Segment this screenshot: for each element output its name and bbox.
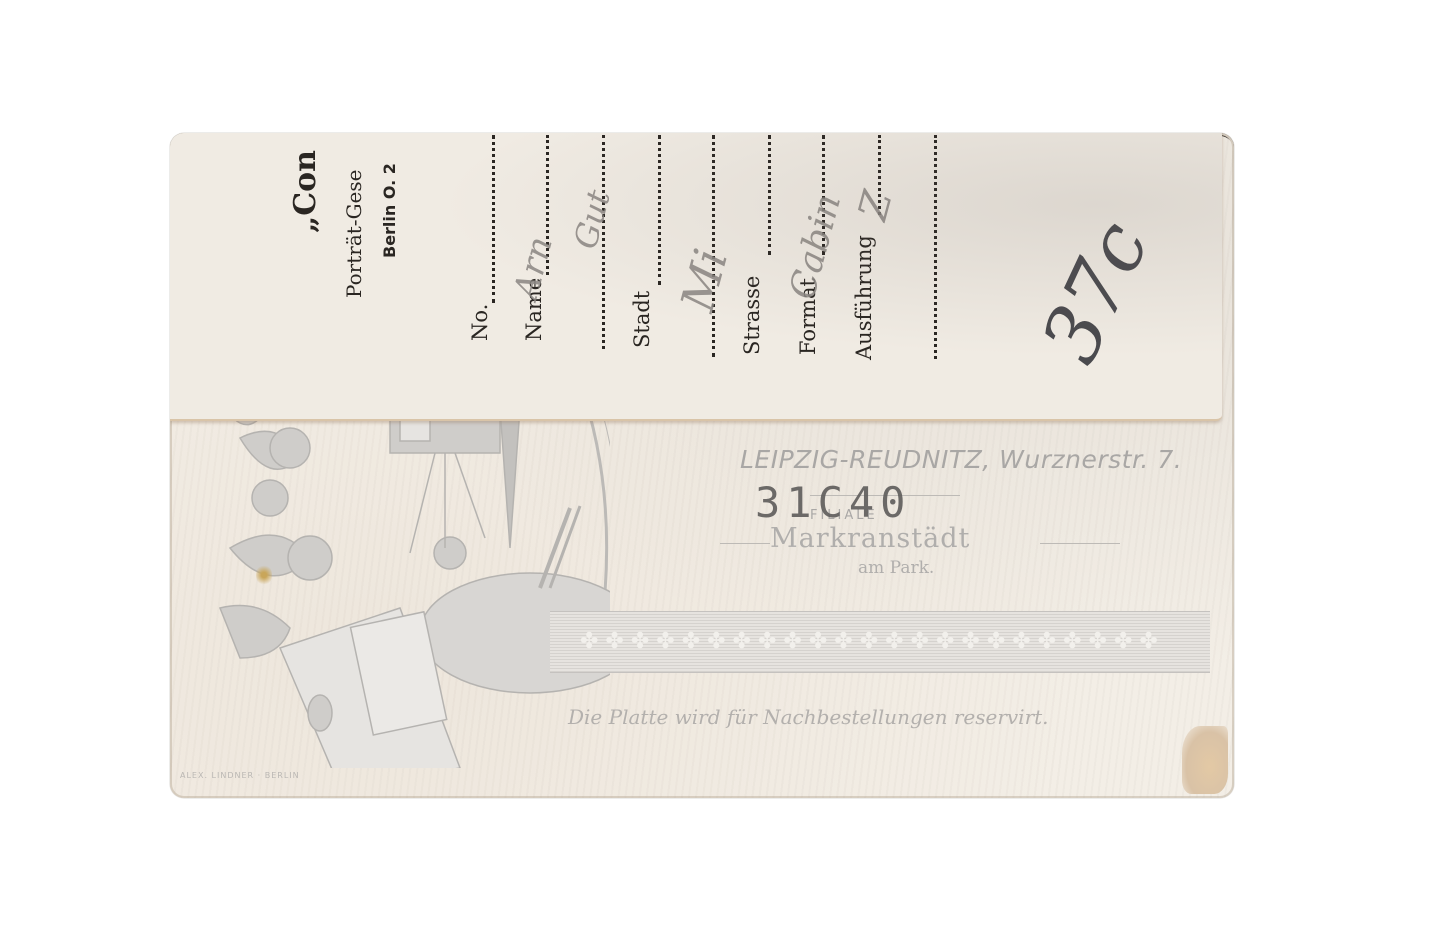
- handwritten-name: Arn: [506, 232, 561, 303]
- printer-mark: ALEX. LINDNER · BERLIN: [180, 771, 300, 780]
- decorative-ribbon-band: ✤ ✤ ✤ ✤ ✤ ✤ ✤ ✤ ✤ ✤ ✤ ✤ ✤ ✤ ✤ ✤ ✤ ✤ ✤ ✤ …: [550, 611, 1210, 673]
- field-label-format: Format: [796, 278, 820, 355]
- field-label-stadt: Stadt: [630, 291, 654, 348]
- handwritten-format: Cabin: [782, 190, 849, 304]
- order-slip: „Con Porträt-Gese Berlin O. 2 No. Name S…: [170, 133, 1222, 421]
- field-line-ausfuehrung: [878, 135, 881, 215]
- company-name: „Con: [288, 150, 323, 233]
- studio-branch-location: am Park.: [858, 558, 934, 578]
- studio-branch-city: Markranstädt: [770, 523, 970, 554]
- handwritten-name-2: Gut: [566, 186, 618, 253]
- field-line-stadt-2: [712, 135, 715, 357]
- field-line-name: [546, 135, 549, 275]
- rust-stain: [256, 564, 272, 586]
- torn-corner: [1182, 726, 1228, 794]
- field-line-extra: [934, 135, 937, 359]
- branch-rule-left: [720, 543, 770, 544]
- field-label-ausfuehrung: Ausführung: [852, 235, 876, 360]
- field-line-format: [822, 135, 825, 255]
- field-line-stadt: [658, 135, 661, 285]
- field-line-strasse: [768, 135, 771, 255]
- stamped-negative-number: 31C40: [755, 478, 911, 527]
- field-line-no: [492, 135, 495, 303]
- company-city: Berlin O. 2: [380, 163, 399, 258]
- handwritten-stadt: Mi: [670, 243, 738, 317]
- field-label-strasse: Strasse: [740, 276, 764, 355]
- field-label-name: Name: [522, 278, 546, 341]
- studio-address: LEIPZIG-REUDNITZ, Wurznerstr. 7.: [740, 445, 1182, 474]
- company-subtitle: Porträt-Gese: [342, 170, 366, 298]
- photo-card-back: „Con Porträt-Gese Berlin O. 2 No. Name S…: [170, 133, 1234, 798]
- branch-rule-right: [1040, 543, 1120, 544]
- field-label-no: No.: [468, 304, 492, 341]
- plate-reservation-notice: Die Platte wird für Nachbestellungen res…: [568, 705, 1049, 729]
- handwritten-large-number: 37c: [1025, 208, 1167, 376]
- handwritten-ausfuehrung: Z: [850, 186, 902, 225]
- field-line-name-2: [602, 135, 605, 349]
